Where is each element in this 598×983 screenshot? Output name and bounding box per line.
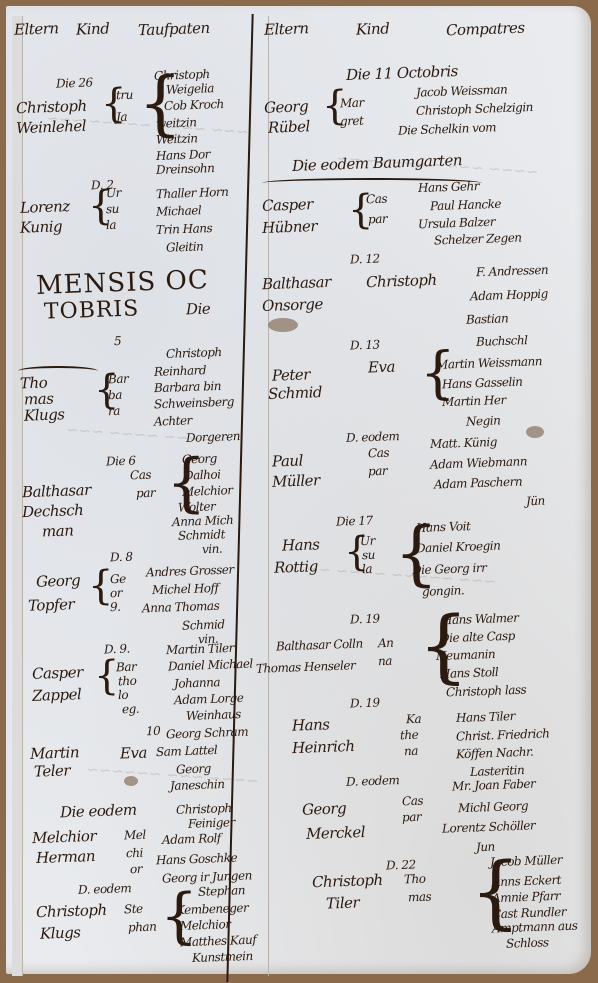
godparent: Martin Tiler [166, 641, 234, 657]
godparent: Martin Her [442, 393, 506, 409]
entry-child: the [400, 728, 419, 743]
godparent: Ursula Balzer [418, 215, 495, 232]
entry-child: Ge [110, 572, 126, 587]
godparent: F. Andressen [476, 263, 549, 280]
godparent: Weitzin [156, 131, 198, 146]
header-col6: Compatres [446, 19, 525, 40]
godparent: Hans Gasselin [442, 375, 523, 392]
entry-child: mas [408, 890, 432, 905]
entry-child: gret [340, 114, 364, 129]
entry-child: Mel [124, 828, 146, 843]
godparent: Weigelia [166, 81, 214, 97]
entry-day: Die 26 [56, 75, 93, 90]
entry-child: tru [116, 88, 133, 103]
godparent: Weinhaus [186, 707, 241, 723]
entry-child: or [130, 862, 142, 876]
entry-child: par [368, 212, 388, 227]
godparent: Thaller Horn [156, 185, 229, 202]
entry-day: D. eodem [346, 773, 400, 789]
godparent: Schloss [506, 935, 549, 950]
godparent: Christoph lass [446, 683, 527, 700]
entry-parent: Dechsch [22, 501, 84, 521]
entry-parent: Weinlehel [16, 117, 87, 137]
entry-child: ra [108, 404, 120, 418]
godparent: Janeschin [170, 777, 225, 793]
entry-child: Cas [402, 794, 423, 809]
godparent: Achter [154, 413, 192, 428]
godparent: Melchior [180, 917, 231, 933]
entry-child: Ur [360, 534, 375, 549]
entry-child: Cas [368, 446, 389, 461]
entry-child: or [110, 586, 122, 600]
godparent: Neumanin [436, 647, 496, 663]
entry-child: par [368, 464, 388, 479]
entry-child: Bar [108, 372, 129, 387]
entry-day: D. 13 [350, 337, 380, 352]
header-col1: Eltern [14, 19, 59, 39]
entry-child: na [404, 744, 418, 758]
entry-day: Die 11 Octobris [346, 62, 458, 84]
godparent: Adam Wiebmann [430, 454, 527, 471]
godparent: gongin. [422, 583, 465, 598]
month-day-label: Die [186, 300, 211, 319]
godparent: Hans Tiler [456, 709, 515, 725]
entry-parent: Heinrich [292, 737, 355, 757]
entry-child: su [106, 202, 119, 216]
godparent: vin. [202, 542, 223, 557]
godparent: Sam Lattel [156, 743, 218, 759]
header-col3: Taufpaten [138, 19, 210, 39]
entry-day: Die 6 [106, 453, 136, 468]
entry-parent: Georg [264, 97, 309, 117]
godparent: Johanna [174, 675, 220, 691]
godparent: Amptmann aus [492, 919, 578, 936]
entry-child: la [362, 562, 372, 576]
godparent: Feiniger [188, 815, 235, 831]
godparent: Reinhard [154, 363, 206, 379]
entry-child: Cas [366, 192, 387, 207]
godparent: Martin Weissmann [436, 354, 542, 372]
entry-child: Tho [404, 872, 426, 887]
entry-parent: Martin [30, 743, 80, 763]
entry-day: D. eodem [346, 429, 400, 445]
entry-parent: Christoph [312, 871, 383, 891]
godparent: Adam Hoppig [470, 287, 548, 304]
entry-parent: Melchior [32, 827, 97, 847]
entry-parent: man [42, 521, 74, 540]
godparent: Kunstmein [192, 949, 253, 965]
godparent: Dreinsohn [156, 161, 215, 177]
godparent: Adam Lorge [174, 691, 244, 707]
godparent: Jün [526, 494, 545, 509]
entry-child: su [362, 548, 375, 562]
header-col4: Eltern [264, 19, 309, 39]
column-divider [226, 14, 253, 982]
godparent: Mr. Joan Faber [452, 777, 536, 794]
godparent: Jacob Müller [490, 853, 562, 870]
godparent: Die Schelkin vom [398, 120, 496, 137]
entry-day: Die 17 [336, 513, 373, 528]
entry-child: eg. [122, 702, 140, 717]
godparent: Anna Thomas [142, 599, 220, 616]
entry-child: par [136, 486, 156, 501]
entry-parent: Balthasar Colln [276, 636, 363, 653]
entry-parent: Topfer [28, 595, 75, 615]
godparent: Daniel Michael [168, 657, 253, 674]
godparent: Daniel Kroegin [416, 539, 501, 556]
entry-parent: Klugs [24, 405, 65, 424]
entry-parent: Balthasar [22, 481, 91, 501]
godparent: Die alte Casp [440, 629, 515, 646]
entry-parent: Teler [34, 761, 71, 780]
entry-day: D. eodem [78, 881, 132, 897]
godparent: Bastian [466, 311, 509, 326]
entry-parent: Rottig [274, 557, 318, 577]
entry-child: par [402, 810, 422, 825]
godparent: Gleitin [166, 239, 204, 254]
godparent: Die Georg irr [412, 561, 487, 578]
entry-parent: Hans [292, 715, 330, 734]
entry-parent: Tiler [326, 893, 360, 912]
entry-parent: Christoph [16, 97, 87, 117]
entry-parent: Lorenz [20, 197, 70, 217]
godparent: Adam Paschern [434, 474, 522, 491]
godparent: Köffen Nachr. [456, 745, 534, 762]
godparent: Negin [466, 413, 501, 428]
entry-parent: Rübel [268, 117, 310, 136]
entry-parent: Herman [36, 847, 96, 867]
godparent: Schweinsberg [154, 395, 234, 412]
entry-day: D. 19 [350, 611, 380, 626]
godparent: Matt. Künig [430, 435, 497, 451]
faint-ruling-line [268, 16, 269, 976]
month-heading-line1: MENSIS OC [36, 265, 210, 301]
godparent: Dalhoi [184, 467, 221, 482]
entry-child: Eva [120, 744, 147, 763]
entry-day: D. 22 [386, 857, 416, 872]
entry-parent: Christoph [36, 901, 107, 921]
entry-child: Christoph [366, 271, 437, 291]
godparent: Buchschl [476, 333, 528, 349]
entry-child: ba [108, 388, 122, 402]
entry-parent: Peter [272, 365, 310, 384]
godparent: Jacob Weissman [416, 82, 508, 99]
godparent: Paul Hancke [430, 197, 501, 213]
entry-child: Bar [116, 660, 137, 675]
entry-child: Cas [130, 468, 151, 483]
header-col2: Kind [76, 19, 110, 38]
godparent: Melchior [182, 483, 233, 499]
register-page: ~~~ ~~~~ ~~~~~ ~~~ ~~~~ ~~~ ~~~~~~ ~~ ~~… [6, 6, 591, 974]
entry-day: 10 [146, 724, 161, 738]
entry-child: An [378, 636, 394, 651]
godparent: Cob Kroch [164, 97, 224, 113]
entry-child: na [378, 654, 392, 668]
godparent: Hans Walmer [442, 611, 519, 628]
entry-parent: Klugs [40, 923, 81, 942]
entry-day: 5 [114, 334, 122, 348]
godparent: Christ. Friedrich [456, 726, 550, 743]
godparent: Kembeneger [176, 901, 249, 918]
godparent: Christoph [166, 345, 222, 361]
entry-parent: Zappel [32, 685, 82, 705]
entry-child: Eva [368, 358, 395, 377]
entry-parent: Casper [32, 663, 83, 683]
entry-parent: Schmid [268, 383, 323, 403]
godparent: Matthes Kauf [180, 933, 257, 950]
godparent: Dorgeren [186, 429, 240, 445]
godparent: Georg Schram [166, 725, 249, 742]
entry-parent: Balthasar [262, 273, 331, 293]
godparent: Anns Eckert [492, 873, 561, 889]
entry-child: Ka [406, 712, 422, 727]
godparent: Christoph Schelzigin [416, 100, 533, 118]
entry-day: D. 19 [350, 695, 380, 710]
godparent: Adam Rolf [162, 831, 221, 847]
entry-parent: Thomas Henseler [256, 658, 356, 675]
godparent: weitzin [156, 115, 197, 130]
godparent: Barbara bin [154, 379, 221, 395]
entry-parent: Georg [302, 799, 347, 819]
godparent: Hans Voit [416, 519, 471, 535]
entry-parent: Merckel [306, 823, 366, 843]
godparent: Schmid [182, 617, 225, 632]
godparent: Wolter [178, 499, 216, 514]
header-col5: Kind [356, 19, 390, 38]
godparent: Schmidt [178, 527, 225, 543]
entry-day: D. 8 [110, 550, 133, 565]
godparent: Georg [176, 761, 211, 776]
godparent: Hans Gehr [418, 179, 479, 195]
entry-child: Ur [106, 186, 121, 201]
godparent: Michl Georg [458, 799, 529, 815]
entry-child: lo [118, 688, 129, 702]
godparent: Amnie Pfarr [492, 889, 561, 905]
entry-child: phan [128, 920, 157, 935]
godparent: Stephan [198, 883, 245, 899]
godparent: Trin Hans [156, 221, 213, 237]
entry-child: Ste [124, 902, 143, 917]
entry-parent: Hans [282, 535, 320, 554]
entry-child: tho [118, 674, 137, 689]
entry-child: Ja [116, 110, 127, 124]
entry-parent: Hübner [262, 217, 318, 237]
godparent: Hans Stoll [440, 665, 499, 681]
entry-parent: Georg [36, 571, 81, 591]
entry-parent: Kunig [20, 217, 63, 236]
entry-parent: Casper [262, 195, 313, 215]
entry-parent: Paul [272, 451, 303, 470]
godparent: Michael [156, 203, 202, 219]
entry-parent: Onsorge [262, 295, 323, 315]
entry-day: Die eodem [60, 801, 137, 822]
godparent: Hans Goschke [156, 851, 238, 868]
entry-child: Mar [340, 96, 364, 111]
godparent: Georg [182, 451, 217, 466]
entry-child: chi [126, 846, 143, 861]
entry-child: 9. [110, 600, 121, 614]
entry-parent: Müller [272, 471, 320, 491]
godparent: Andres Grosser [146, 562, 234, 579]
godparent: Lorentz Schöller [442, 818, 536, 835]
godparent: Schelzer Zegen [434, 230, 522, 247]
godparent: Michel Hoff [152, 581, 219, 597]
month-heading-line2: TOBRIS [44, 296, 140, 324]
entry-day: D. 12 [350, 251, 380, 266]
entry-child: la [106, 218, 116, 232]
